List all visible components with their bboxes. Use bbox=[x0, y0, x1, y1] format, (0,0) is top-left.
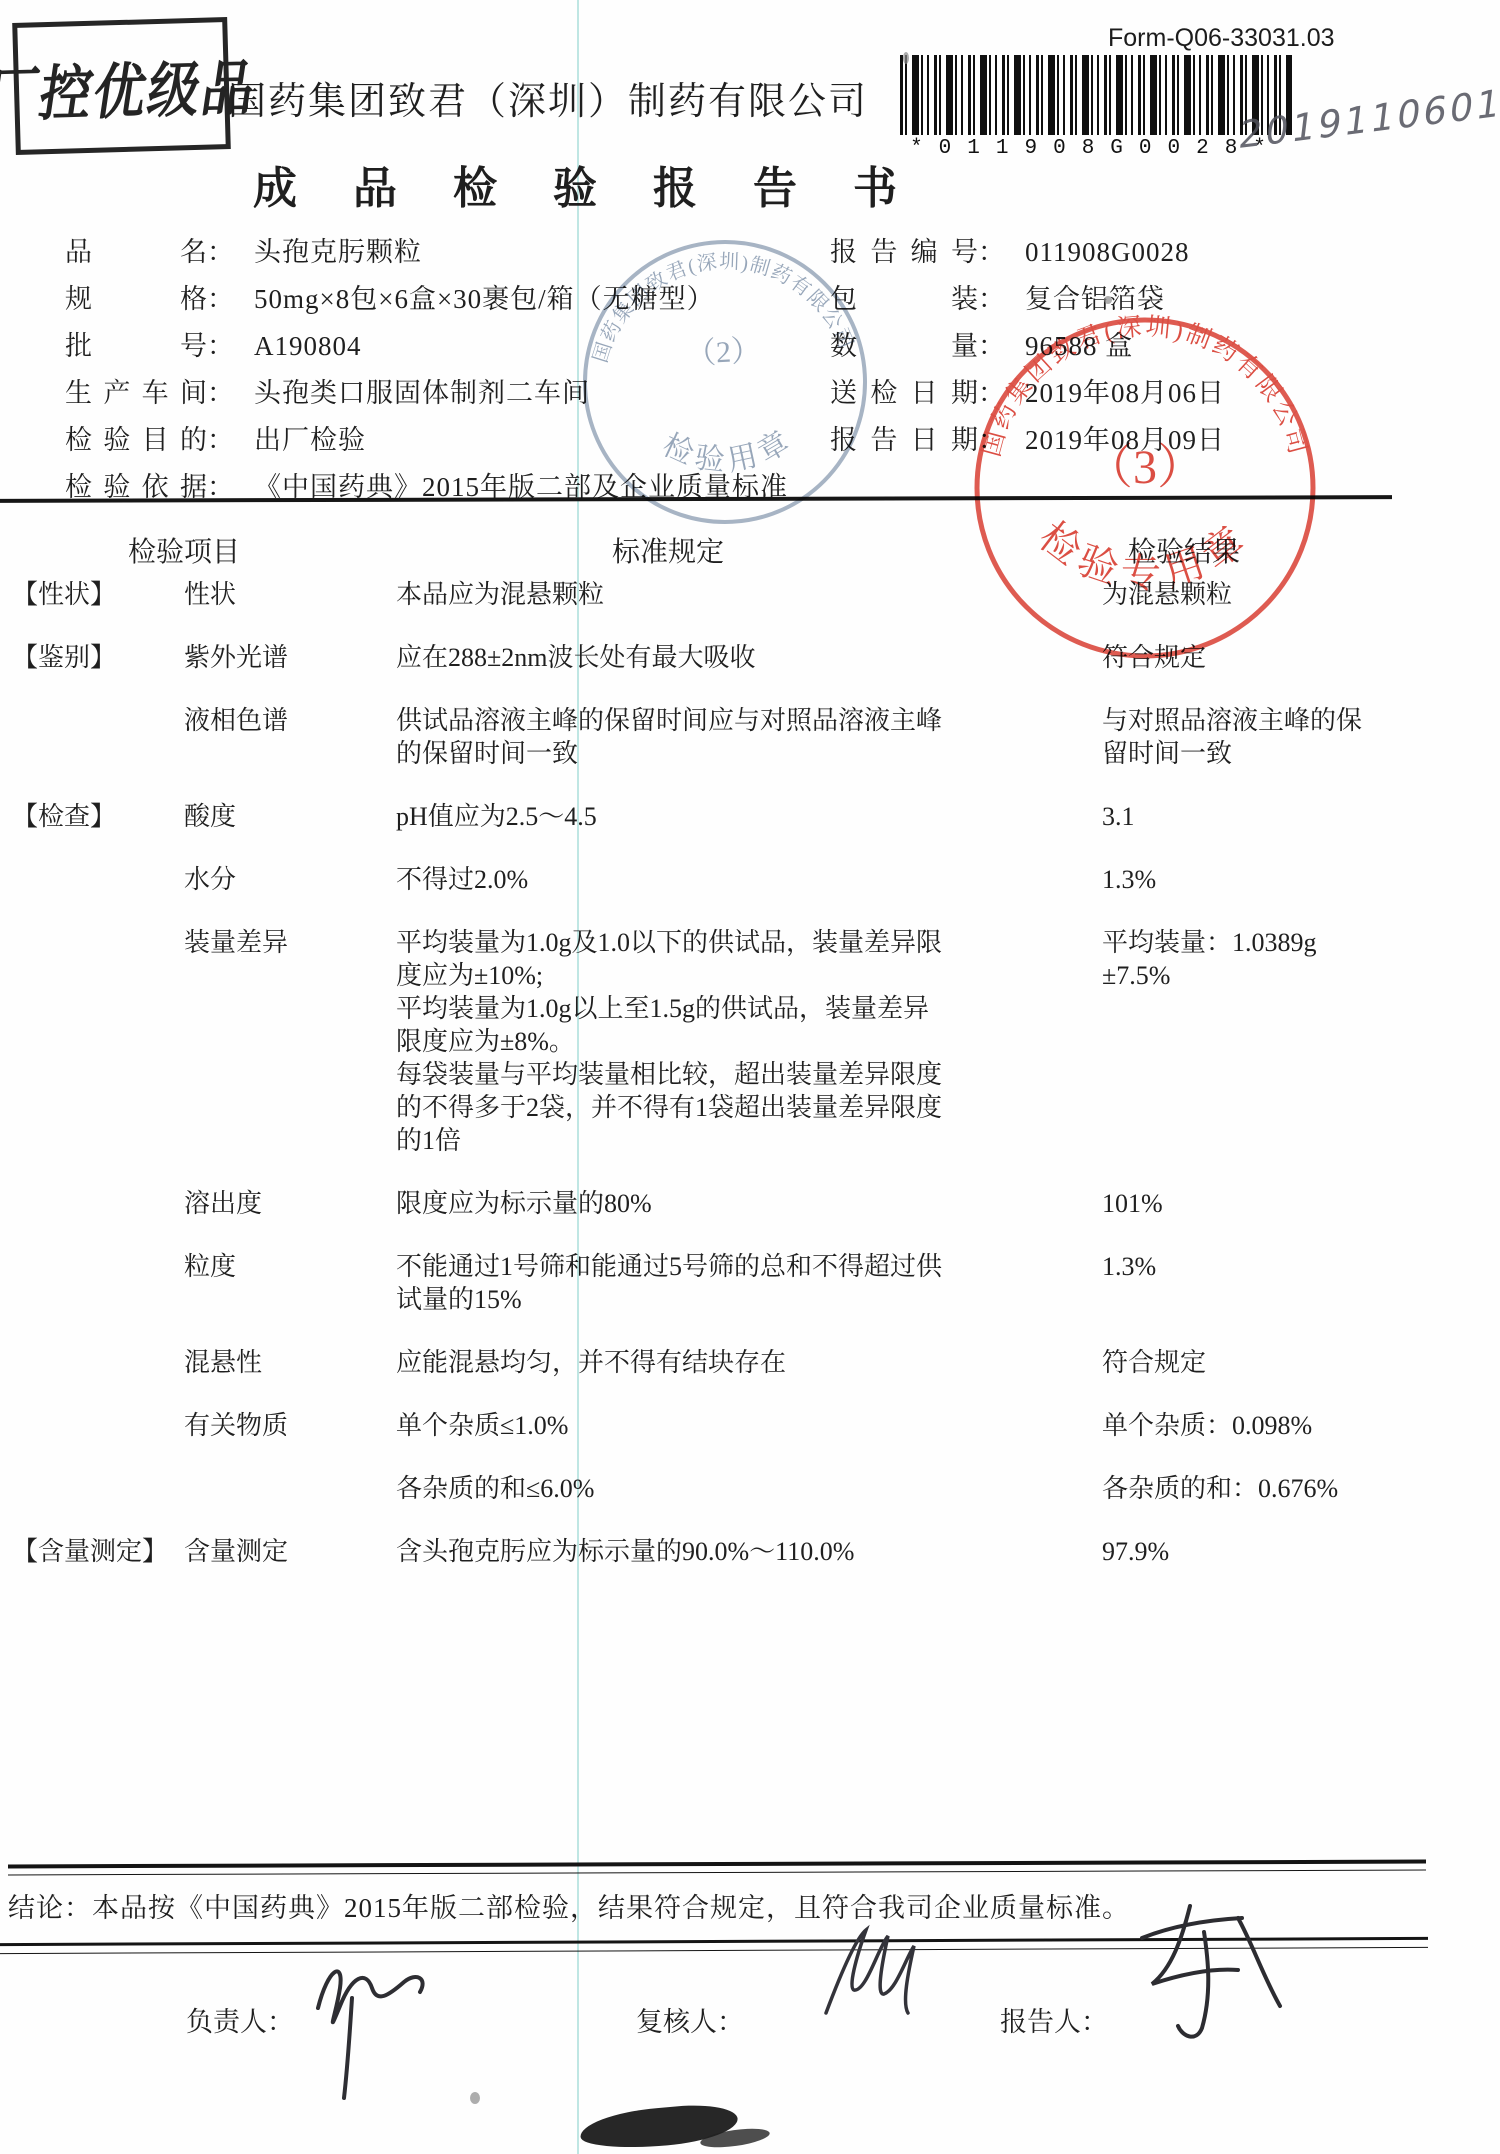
row-item: 水分 bbox=[184, 863, 396, 896]
row-category: 【鉴别】 bbox=[12, 641, 184, 674]
row-result: 101% bbox=[1096, 1187, 1500, 1220]
row-standard: 不得过2.0% bbox=[396, 863, 1096, 896]
info-label: 批号 bbox=[65, 324, 207, 363]
row-standard: 限度应为标示量的80% bbox=[396, 1187, 1096, 1220]
barcode: *011908G0028* bbox=[900, 55, 1292, 160]
row-category bbox=[12, 1472, 184, 1505]
info-label: 检验目的 bbox=[65, 418, 207, 457]
blue-stamp-title: 检验用章 bbox=[656, 422, 801, 482]
row-result: 各杂质的和：0.676% bbox=[1096, 1472, 1500, 1505]
info-value: 头孢类口服固体制剂二车间 bbox=[254, 378, 590, 408]
table-row: 粒度 不能通过1号筛和能通过5号筛的总和不得超过供 试量的15% 1.3% bbox=[12, 1250, 1500, 1316]
row-result: 97.9% bbox=[1096, 1535, 1500, 1568]
row-standard: 各杂质的和≤6.0% bbox=[396, 1472, 1096, 1505]
info-colon: ： bbox=[207, 418, 234, 457]
blue-stamp-number: （2） bbox=[685, 334, 762, 371]
row-result: 1.3% bbox=[1096, 863, 1500, 896]
info-value: 出厂检验 bbox=[254, 425, 366, 455]
info-colon: ： bbox=[207, 371, 234, 410]
conclusion-rule-top-thin bbox=[8, 1870, 1426, 1876]
row-category: 【性状】 bbox=[12, 578, 184, 611]
table-row: 水分 不得过2.0% 1.3% bbox=[12, 863, 1500, 896]
signature-label-reviewer: 复核人： bbox=[636, 2000, 744, 2039]
table-row: 有关物质 单个杂质≤1.0% 单个杂质：0.098% bbox=[12, 1409, 1500, 1442]
row-standard: 平均装量为1.0g及1.0以下的供试品，装量差异限 度应为±10%; 平均装量为… bbox=[396, 926, 1096, 1157]
signature-responsible bbox=[300, 1948, 470, 2113]
row-standard: 含头孢克肟应为标示量的90.0%～110.0% bbox=[396, 1535, 1096, 1568]
row-result: 3.1 bbox=[1096, 800, 1500, 833]
red-inspection-stamp: 国药集团致君(深圳)制药有限公司 （3） 检验专用章 bbox=[945, 288, 1345, 688]
table-row: 【含量测定】 含量测定 含头孢克肟应为标示量的90.0%～110.0% 97.9… bbox=[12, 1535, 1500, 1568]
info-label: 生产车间 bbox=[65, 371, 207, 410]
row-standard: 供试品溶液主峰的保留时间应与对照品溶液主峰 的保留时间一致 bbox=[396, 704, 1096, 770]
results-table-body: 【性状】 性状 本品应为混悬颗粒 为混悬颗粒 【鉴别】 紫外光谱 应在288±2… bbox=[0, 578, 1500, 1568]
conclusion-rule-top bbox=[8, 1860, 1426, 1869]
row-item: 液相色谱 bbox=[184, 704, 396, 770]
quality-grade-stamp-text: 厂控优级品 bbox=[0, 39, 263, 133]
row-item: 粒度 bbox=[184, 1250, 396, 1316]
row-item: 装量差异 bbox=[184, 926, 396, 1157]
signature-label-responsible: 负责人： bbox=[186, 2000, 294, 2039]
row-category: 【含量测定】 bbox=[12, 1535, 184, 1568]
row-result: 与对照品溶液主峰的保 留时间一致 bbox=[1096, 704, 1500, 770]
form-number: Form-Q06-33031.03 bbox=[1108, 24, 1335, 53]
inspection-report-page: 厂控优级品 Form-Q06-33031.03 国药集团致君（深圳）制药有限公司… bbox=[0, 0, 1500, 2154]
row-category bbox=[12, 1250, 184, 1316]
blue-inspection-stamp: 国药集团致君(深圳)制药有限公司 （2） 检验用章 bbox=[557, 214, 893, 550]
red-stamp-arc-text: 国药集团致君(深圳)制药有限公司 bbox=[978, 313, 1312, 460]
row-standard: 应能混悬均匀，并不得有结块存在 bbox=[396, 1346, 1096, 1379]
conclusion-text: 结论：本品按《中国药典》2015年版二部检验，结果符合规定，且符合我司企业质量标… bbox=[8, 1886, 1130, 1925]
info-value: 头孢克肟颗粒 bbox=[254, 237, 422, 267]
company-name: 国药集团致君（深圳）制药有限公司 bbox=[228, 70, 868, 125]
row-category bbox=[12, 704, 184, 770]
column-header-items: 检验项目 bbox=[128, 530, 240, 570]
row-item: 溶出度 bbox=[184, 1187, 396, 1220]
info-colon: ： bbox=[207, 324, 234, 363]
info-colon: ： bbox=[207, 277, 234, 316]
table-row: 溶出度 限度应为标示量的80% 101% bbox=[12, 1187, 1500, 1220]
info-label: 规格 bbox=[65, 277, 207, 316]
scan-speck bbox=[470, 2092, 480, 2104]
table-row: 【检查】 酸度 pH值应为2.5～4.5 3.1 bbox=[12, 800, 1500, 833]
row-category bbox=[12, 863, 184, 896]
info-row: 报告编号：011908G0028 bbox=[830, 230, 1225, 277]
row-standard: 单个杂质≤1.0% bbox=[396, 1409, 1096, 1442]
signature-reviewer bbox=[796, 1918, 946, 2038]
scan-speck bbox=[903, 52, 909, 64]
row-category: 【检查】 bbox=[12, 800, 184, 833]
quality-grade-stamp: 厂控优级品 bbox=[12, 17, 231, 155]
row-category bbox=[12, 1409, 184, 1442]
row-item: 酸度 bbox=[184, 800, 396, 833]
row-standard: pH值应为2.5～4.5 bbox=[396, 800, 1096, 833]
table-row: 各杂质的和≤6.0% 各杂质的和：0.676% bbox=[12, 1472, 1500, 1505]
signature-reporter bbox=[1112, 1898, 1302, 2048]
row-item: 紫外光谱 bbox=[184, 641, 396, 674]
svg-text:检验用章: 检验用章 bbox=[656, 422, 801, 482]
info-colon: ： bbox=[978, 230, 1005, 269]
table-row: 装量差异 平均装量为1.0g及1.0以下的供试品，装量差异限 度应为±10%; … bbox=[12, 926, 1500, 1157]
scan-speck bbox=[1104, 296, 1112, 304]
row-category bbox=[12, 926, 184, 1157]
row-result: 平均装量：1.0389g ±7.5% bbox=[1096, 926, 1500, 1157]
row-category bbox=[12, 1346, 184, 1379]
row-item: 含量测定 bbox=[184, 1535, 396, 1568]
svg-text:国药集团致君(深圳)制药有限公司: 国药集团致君(深圳)制药有限公司 bbox=[978, 313, 1312, 460]
info-value: 011908G0028 bbox=[1025, 237, 1190, 267]
row-result: 符合规定 bbox=[1096, 1346, 1500, 1379]
info-label: 品名 bbox=[65, 230, 207, 269]
row-item bbox=[184, 1472, 396, 1505]
red-stamp-number: （3） bbox=[1085, 441, 1205, 494]
row-result: 单个杂质：0.098% bbox=[1096, 1409, 1500, 1442]
info-colon: ： bbox=[207, 230, 234, 269]
row-category bbox=[12, 1187, 184, 1220]
row-item: 性状 bbox=[184, 578, 396, 611]
barcode-bars bbox=[900, 55, 1292, 135]
svg-text:检验专用章: 检验专用章 bbox=[1031, 513, 1259, 595]
red-stamp-title: 检验专用章 bbox=[1031, 513, 1259, 595]
row-item: 有关物质 bbox=[184, 1409, 396, 1442]
row-item: 混悬性 bbox=[184, 1346, 396, 1379]
signature-label-reporter: 报告人： bbox=[1000, 2000, 1108, 2039]
info-value: A190804 bbox=[254, 331, 362, 361]
table-row: 液相色谱 供试品溶液主峰的保留时间应与对照品溶液主峰 的保留时间一致 与对照品溶… bbox=[12, 704, 1500, 770]
row-standard: 不能通过1号筛和能通过5号筛的总和不得超过供 试量的15% bbox=[396, 1250, 1096, 1316]
barcode-text: *011908G0028* bbox=[900, 137, 1292, 160]
row-result: 1.3% bbox=[1096, 1250, 1500, 1316]
page-title: 成品检验报告书 bbox=[253, 152, 953, 216]
table-row: 混悬性 应能混悬均匀，并不得有结块存在 符合规定 bbox=[12, 1346, 1500, 1379]
